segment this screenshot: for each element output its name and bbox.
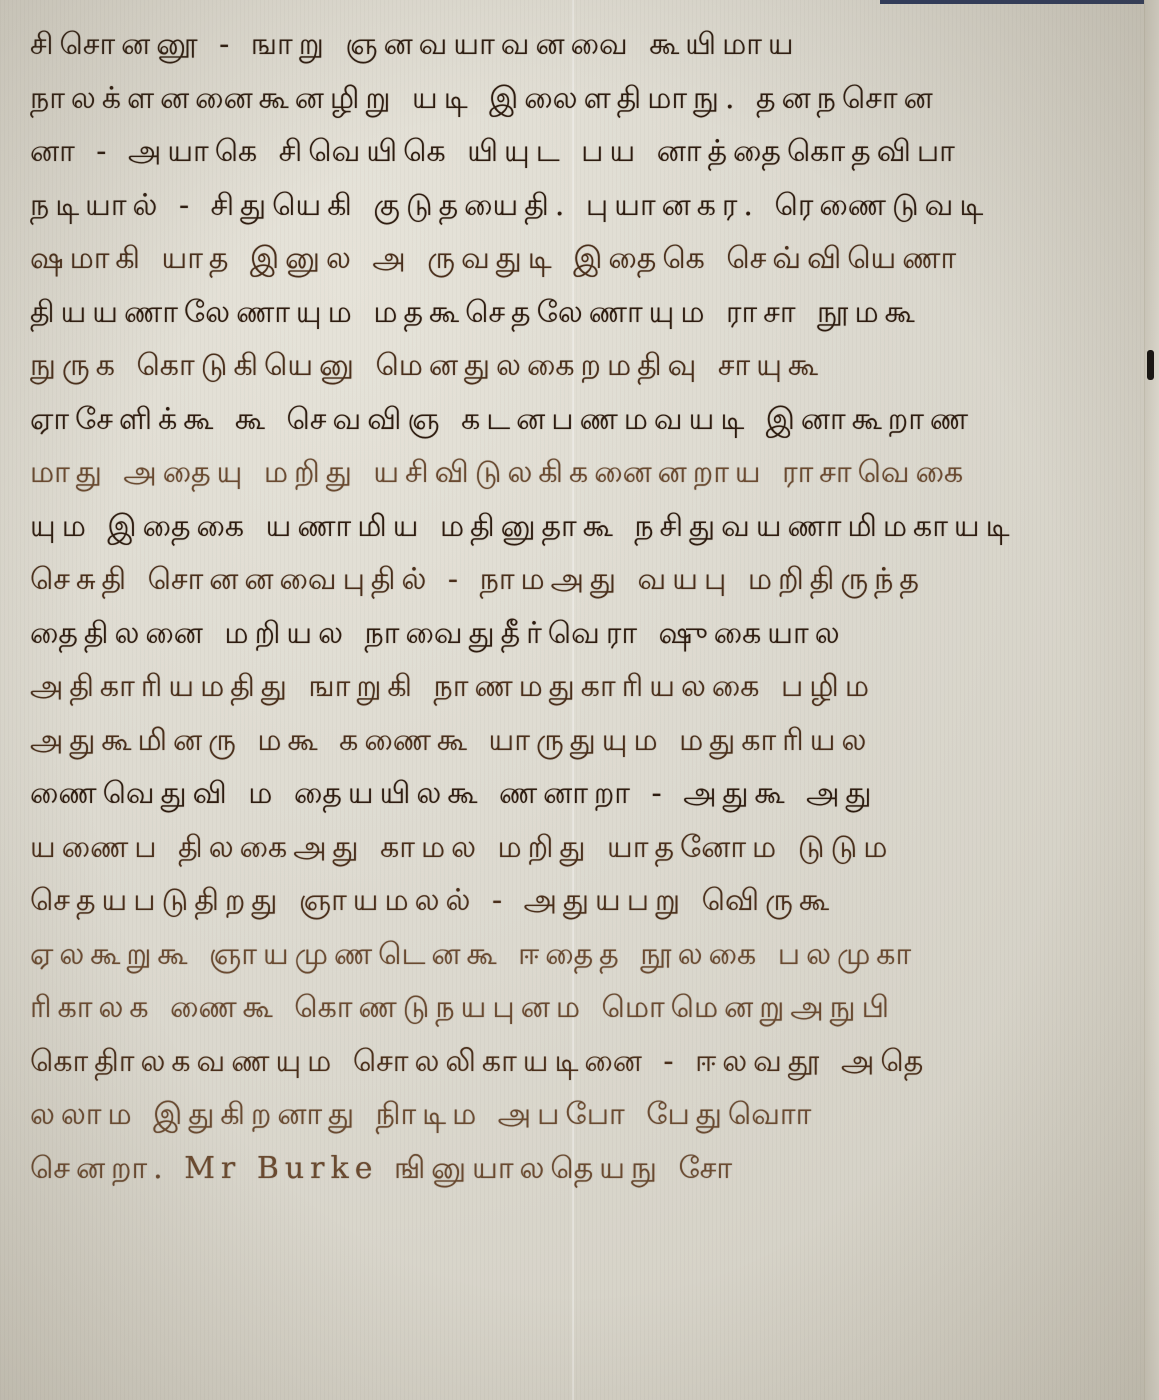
text-line: யும இதைகை யணாமிய மதினுதாகூ நசிதுவயணாமிமக… bbox=[30, 500, 1130, 554]
text-line: ஏாசேளிக்கூ கூ செவவிஞ கடனபணமவயடி இனாகூறாண bbox=[30, 393, 1130, 447]
text-line: ணைவெதுவி ம தையயிலகூ ணனாறா - அதுகூ அது bbox=[30, 767, 1130, 821]
text-line: நடியால் - சிதுயெகி குடுதயைதி. புயானகர. ர… bbox=[30, 179, 1130, 233]
manuscript-text: சிசொனனூ - ஙாறு ஞனவயாவனவை கூயிமாய நாலக்ளன… bbox=[30, 18, 1130, 1195]
text-line: நுருக கொடுகியெனு மெனதுலகைறமதிவு சாயுகூ bbox=[30, 339, 1130, 393]
text-line: கொதிாலகவணயும சொலலிகாயடினை - ஈலவதூ அதெ bbox=[30, 1035, 1130, 1089]
text-line: லலாம இதுகிறனாது நிாடிம அபபோ பேதுவொா bbox=[30, 1088, 1130, 1142]
text-line: ஏலகூறுகூ ஞாயமுணடெனகூ ஈதைத நூலகை பலமுகா bbox=[30, 928, 1130, 982]
text-line-signature: செனறா. Mr Burke ஙினுயாலதெயநு சோ bbox=[30, 1142, 1130, 1196]
text-line: தைதிலனை மறியல நாவைதுதீர்வெரா ஷுகையால bbox=[30, 607, 1130, 661]
text-line: செசுதி சொனனவைபுதில் - நாமஅது வயபு மறிதிர… bbox=[30, 553, 1130, 607]
text-line: அதிகாரியமதிது ஙாறுகி நாணமதுகாரியலகை பழிம bbox=[30, 660, 1130, 714]
manuscript-page: சிசொனனூ - ஙாறு ஞனவயாவனவை கூயிமாய நாலக்ளன… bbox=[0, 0, 1159, 1400]
text-line: அதுகூமினரு மகூ கணைகூ யாருதுயும மதுகாரியல bbox=[30, 714, 1130, 768]
text-line: தியயணாலேணாயும மதகூசெதலேணாயும ராசா நூமகூ bbox=[30, 286, 1130, 340]
ink-mark bbox=[1147, 350, 1154, 380]
text-line: யணைப திலகைஅது காமல மறிது யாதனோம டுடும bbox=[30, 821, 1130, 875]
text-line: செதயபடுதிறது ஞாயமலல் - அதுயபறு வெிருகூ bbox=[30, 874, 1130, 928]
text-line: ரிகாலக ணைகூ கொணடுநயபுனம மொமெனறுஅநுபி bbox=[30, 981, 1130, 1035]
text-line: நாலக்ளனனைகூனழிறு யடி இலைளதிமாநு. தனநசொன bbox=[30, 72, 1130, 126]
text-line: மாது அதையு மறிது யசிவிடுலகிகனைனறாய ராசாவ… bbox=[30, 446, 1130, 500]
top-edge-strip bbox=[880, 0, 1145, 4]
text-line: சிசொனனூ - ஙாறு ஞனவயாவனவை கூயிமாய bbox=[30, 18, 1130, 72]
text-line: ஷமாகி யாத இனுல அ ருவதுடி இதைகெ செவ்வியெண… bbox=[30, 232, 1130, 286]
paper-right-edge bbox=[1144, 0, 1159, 1400]
text-line: னா - அயாகெ சிவெயிகெ யியுட பய னாத்தைகொதவி… bbox=[30, 125, 1130, 179]
